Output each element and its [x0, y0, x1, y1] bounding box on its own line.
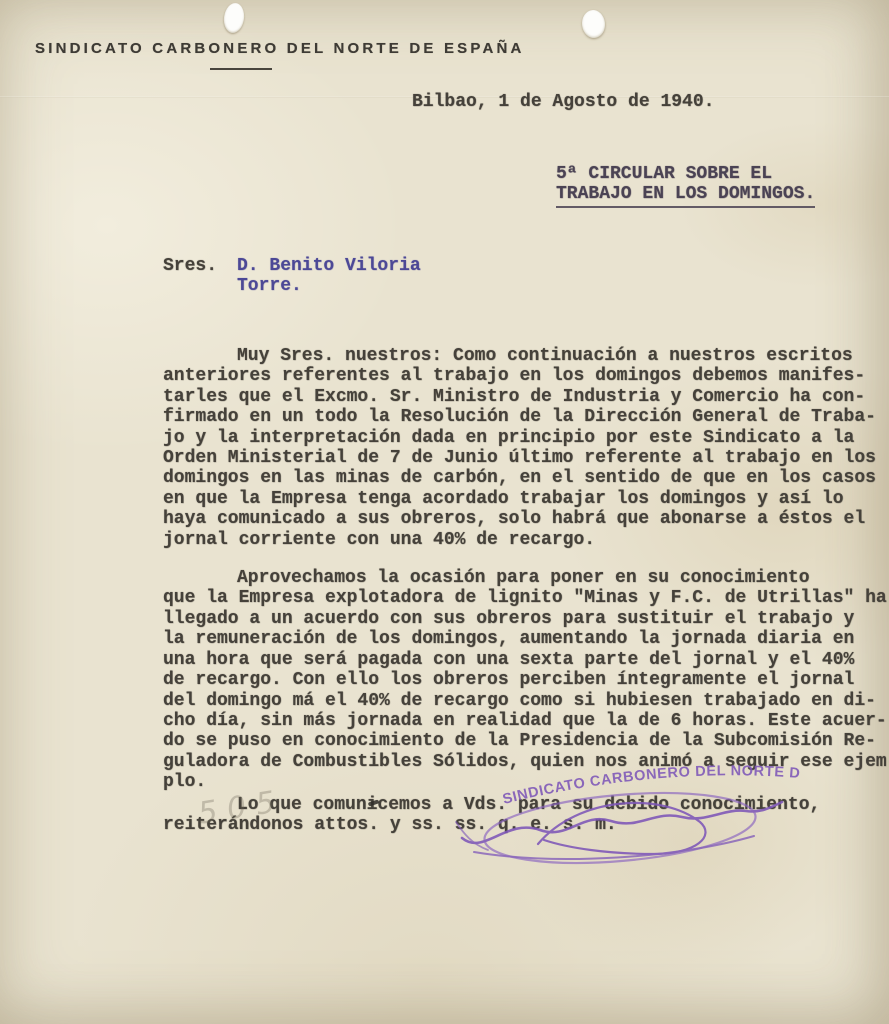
text-line: la remuneración de los domingos, aumenta…: [163, 629, 883, 649]
text-line: Aprovechamos la ocasión para poner en su…: [163, 568, 883, 588]
text-line: domingos en las minas de carbón, en el s…: [163, 468, 883, 488]
text-line: anteriores referentes al trabajo en los …: [163, 366, 883, 386]
text-line: en que la Empresa tenga acordado trabaja…: [163, 489, 883, 509]
text-line: haya comunicado a sus obreros, solo habr…: [163, 509, 883, 529]
text-line: firmado en un todo la Resolución de la D…: [163, 407, 883, 427]
text-line: do se puso en conocimiento de la Preside…: [163, 731, 883, 751]
signature: [456, 802, 782, 859]
text-line: llegado a un acuerdo con sus obreros par…: [163, 609, 883, 629]
union-rubber-stamp: SINDICATO CARBONERO DEL NORTE DE ESPAÑA: [448, 764, 828, 879]
paragraph-2: Aprovechamos la ocasión para poner en su…: [163, 568, 883, 792]
text-line: del domingo má el 40% de recargo como si…: [163, 691, 883, 711]
text-line: jornal corriente con una 40% de recargo.: [163, 530, 883, 550]
addressee-block: Sres.D. Benito Viloria Torre.: [163, 256, 421, 297]
circular-heading-line1: 5ª CIRCULAR SOBRE EL: [556, 164, 815, 184]
text-line: tarles que el Excmo. Sr. Ministro de Ind…: [163, 387, 883, 407]
date-line: Bilbao, 1 de Agosto de 1940.: [412, 92, 714, 112]
letterhead-underline: [210, 68, 272, 70]
text-line: Muy Sres. nuestros: Como continuación a …: [163, 346, 883, 366]
text-line: jo y la interpretación dada en principio…: [163, 428, 883, 448]
letter-body: Muy Sres. nuestros: Como continuación a …: [163, 346, 883, 835]
paragraph-1: Muy Sres. nuestros: Como continuación a …: [163, 346, 883, 550]
circular-heading-line2: TRABAJO EN LOS DOMINGOS.: [556, 184, 815, 207]
text-line: cho día, sin más jornada en realidad que…: [163, 711, 883, 731]
stamp-text: SINDICATO CARBONERO DEL NORTE DE ESPAÑA: [448, 764, 801, 808]
letterhead-title: SINDICATO CARBONERO DEL NORTE DE ESPAÑA: [35, 40, 525, 57]
addressee-name-line2: Torre.: [237, 276, 421, 296]
addressee-name: D. Benito Viloria: [237, 256, 421, 276]
circular-heading: 5ª CIRCULAR SOBRE EL TRABAJO EN LOS DOMI…: [556, 164, 815, 208]
letter-page: SINDICATO CARBONERO DEL NORTE DE ESPAÑA …: [0, 0, 889, 1024]
addressee-line1: Sres.D. Benito Viloria: [163, 256, 421, 276]
text-line: de recargo. Con ello los obreros percibe…: [163, 670, 883, 690]
text-line: una hora que será pagada con una sexta p…: [163, 650, 883, 670]
punch-hole-right: [581, 9, 607, 39]
punch-hole-left: [222, 2, 246, 34]
text-line: que la Empresa explotadora de lignito "M…: [163, 588, 883, 608]
text-line: Orden Ministerial de 7 de Junio último r…: [163, 448, 883, 468]
addressee-salutation: Sres.: [163, 256, 237, 276]
